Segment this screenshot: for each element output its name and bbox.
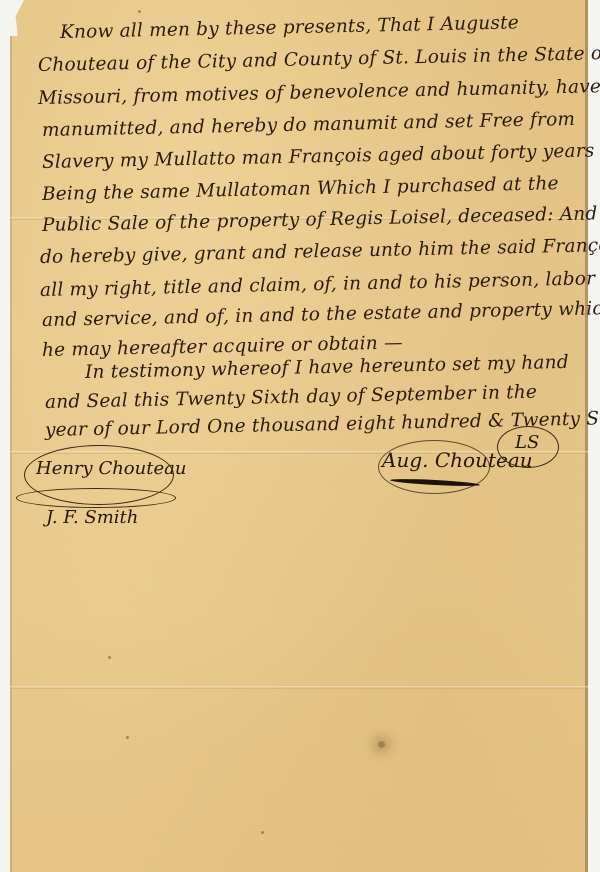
text-line: and service, and of, in and to the estat…	[42, 298, 600, 331]
text-line: and Seal this Twenty Sixth day of Septem…	[45, 382, 537, 413]
seal: LS	[497, 422, 559, 470]
fold-line	[10, 686, 588, 689]
document-page: Know all men by these presents, That I A…	[10, 0, 588, 872]
seal-label: LS	[515, 432, 539, 453]
ink-spot	[108, 656, 111, 659]
ink-spot	[378, 741, 385, 748]
text-line: Missouri, from motives of benevolence an…	[38, 76, 600, 109]
witness-signature-2: J. F. Smith	[46, 507, 138, 528]
text-line: all my right, title and claim, of, in an…	[40, 268, 596, 301]
text-line: manumitted, and hereby do manumit and se…	[42, 109, 576, 141]
text-line: do hereby give, grant and release unto h…	[40, 235, 600, 268]
text-line: Know all men by these presents, That I A…	[60, 12, 519, 43]
ink-spot	[261, 831, 264, 834]
text-line: Chouteau of the City and County of St. L…	[38, 43, 600, 76]
ink-spot	[126, 736, 129, 739]
witness-flourish	[16, 488, 176, 508]
witness-signature-1: Henry Chouteau	[36, 458, 186, 479]
torn-corner	[10, 0, 24, 36]
text-line: Being the same Mullatoman Which I purcha…	[42, 173, 559, 205]
text-line: Public Sale of the property of Regis Loi…	[42, 203, 600, 236]
ink-spot	[138, 10, 141, 13]
text-line: Slavery my Mullatto man François aged ab…	[42, 140, 595, 173]
